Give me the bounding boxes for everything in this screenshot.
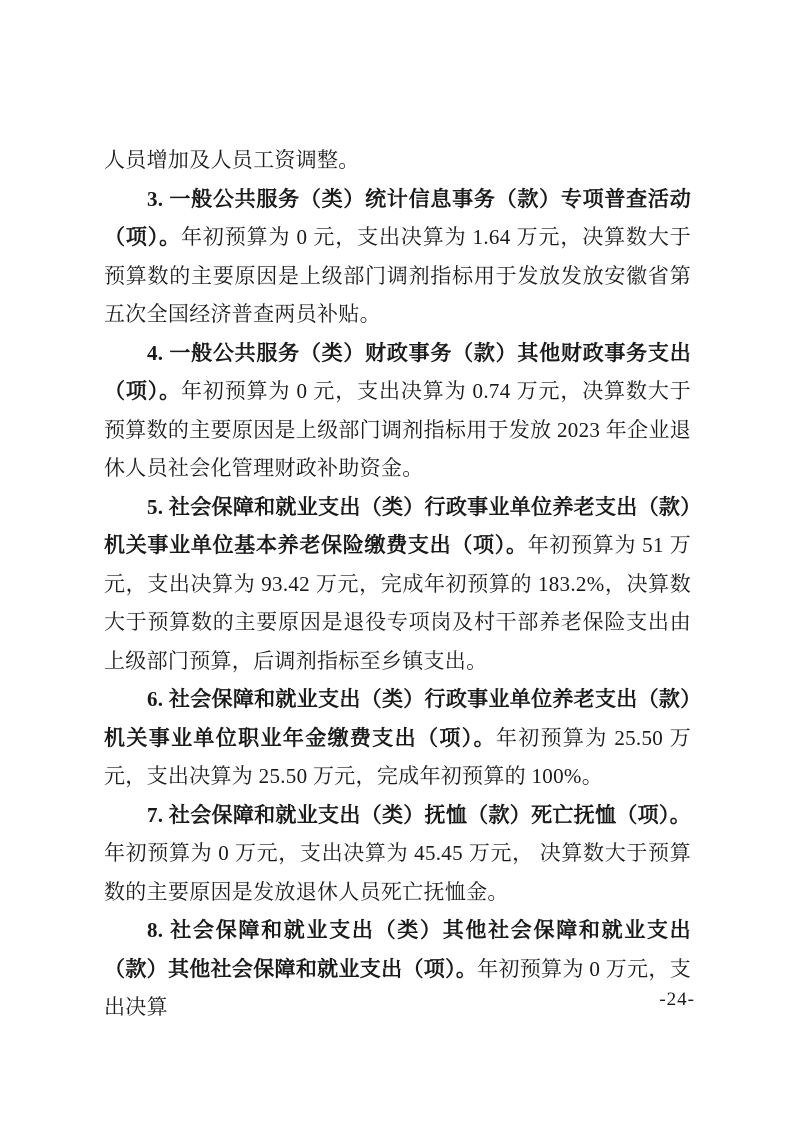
paragraph-item-6: 6. 社会保障和就业支出（类）行政事业单位养老支出（款）机关事业单位职业年金缴费…: [104, 680, 691, 796]
paragraph-heading: 7. 社会保障和就业支出（类）抚恤（款）死亡抚恤（项）。: [147, 803, 691, 827]
paragraph-body: 人员增加及人员工资调整。: [104, 148, 360, 172]
paragraph-body: 年初预算为 0 元，支出决算为 1.64 万元，决算数大于预算数的主要原因是上级…: [104, 225, 691, 326]
paragraph-item-7: 7. 社会保障和就业支出（类）抚恤（款）死亡抚恤（项）。年初预算为 0 万元，支…: [104, 796, 691, 912]
document-page: 人员增加及人员工资调整。 3. 一般公共服务（类）统计信息事务（款）专项普查活动…: [0, 0, 793, 1122]
paragraph-item-8: 8. 社会保障和就业支出（类）其他社会保障和就业支出（款）其他社会保障和就业支出…: [104, 911, 691, 1027]
paragraph-body: 年初预算为 0 元，支出决算为 0.74 万元，决算数大于预算数的主要原因是上级…: [104, 379, 691, 480]
paragraph-item-4: 4. 一般公共服务（类）财政事务（款）其他财政事务支出（项）。年初预算为 0 元…: [104, 334, 691, 488]
paragraph-item-5: 5. 社会保障和就业支出（类）行政事业单位养老支出（款）机关事业单位基本养老保险…: [104, 488, 691, 681]
paragraph-body: 年初预算为 0 万元，支出决算为 45.45 万元， 决算数大于预算数的主要原因…: [104, 841, 691, 904]
page-number: -24-: [659, 989, 695, 1011]
page-body-text: 人员增加及人员工资调整。 3. 一般公共服务（类）统计信息事务（款）专项普查活动…: [104, 141, 691, 1027]
paragraph-item-3: 3. 一般公共服务（类）统计信息事务（款）专项普查活动（项）。年初预算为 0 元…: [104, 180, 691, 334]
paragraph-continuation: 人员增加及人员工资调整。: [104, 141, 691, 180]
